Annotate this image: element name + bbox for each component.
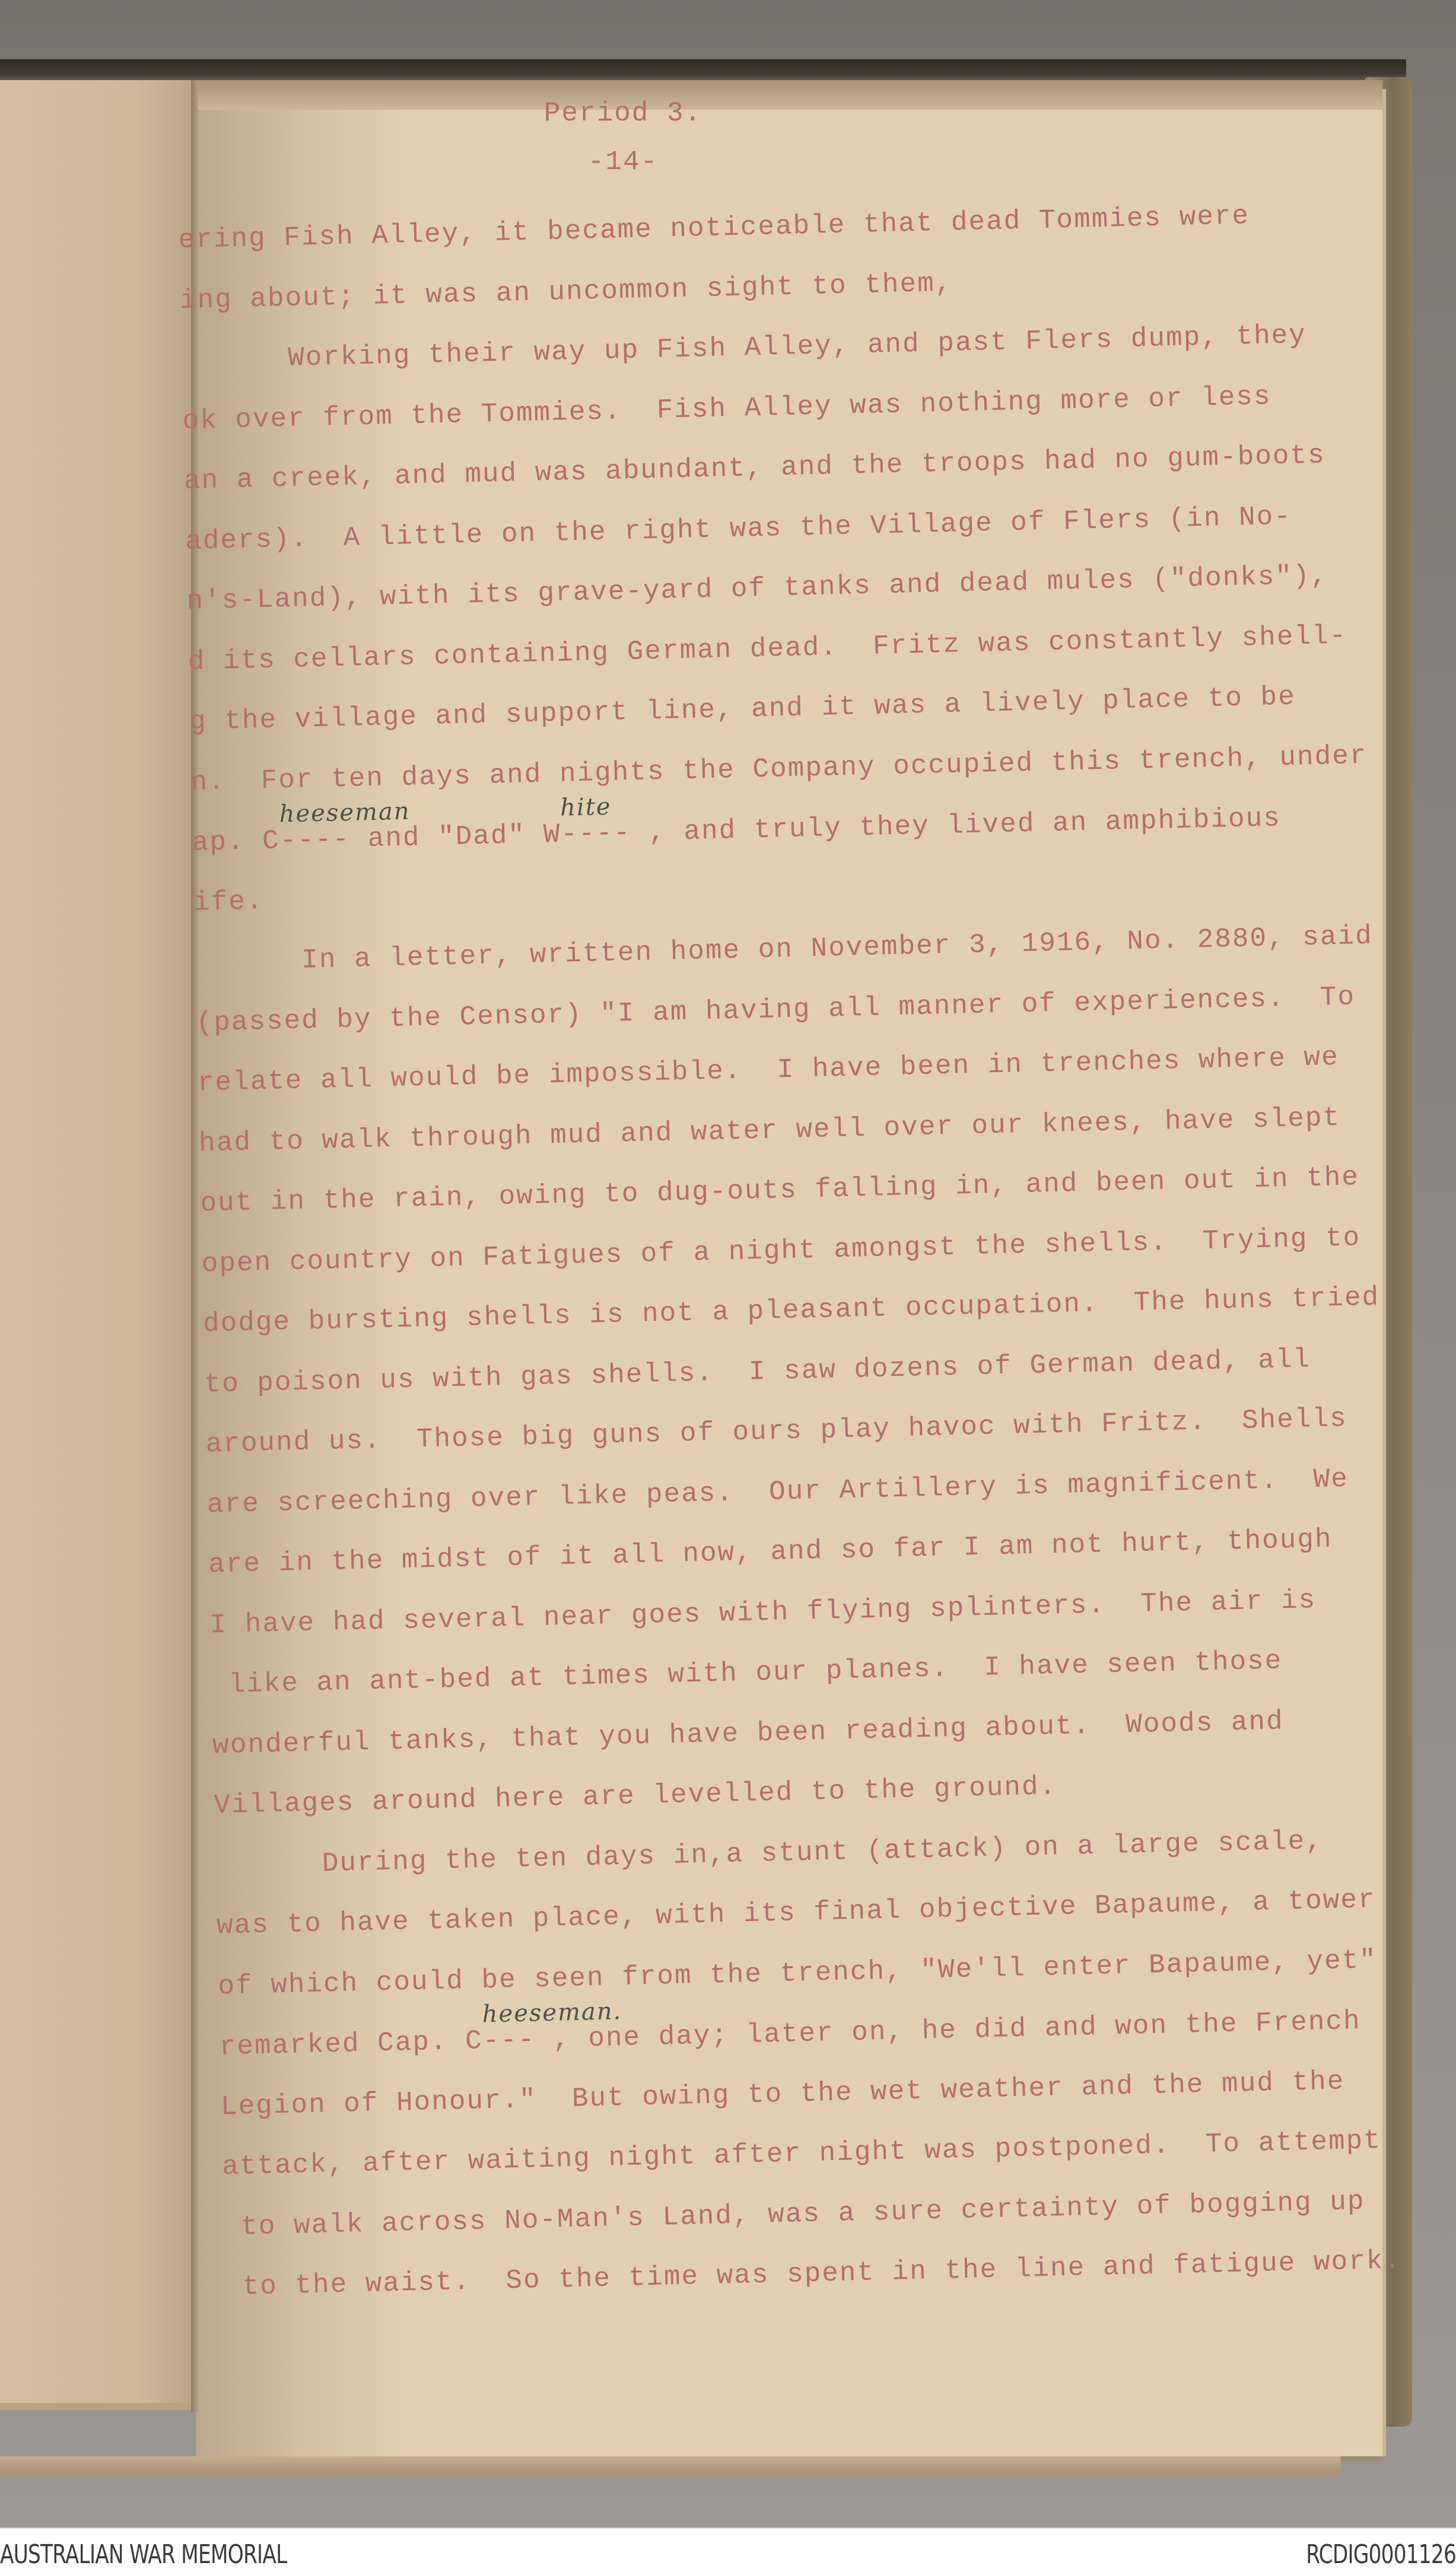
handwritten-annotation: heeseman [279, 796, 279, 832]
handwritten-annotation: heeseman. [482, 1996, 482, 2032]
footer-bar: AUSTRALIAN WAR MEMORIAL RCDIG0001126 [0, 2528, 1456, 2572]
typed-body: ering Fish Alley, it became noticeable t… [178, 195, 1442, 2329]
text-segment: remarked Cap. C [219, 2026, 483, 2062]
book-top-edge [0, 59, 1406, 83]
period-title: Period 3. [516, 98, 730, 129]
page-header: Period 3. -14- [516, 98, 730, 177]
left-page [0, 80, 196, 2410]
page-torn-edge [0, 2456, 1341, 2480]
institution-label: AUSTRALIAN WAR MEMORIAL [0, 2539, 287, 2570]
page-number: -14- [516, 147, 730, 177]
catalogue-id: RCDIG0001126 [1306, 2539, 1456, 2570]
text-segment: ap. C [192, 825, 280, 858]
page-top-band [196, 80, 1382, 110]
